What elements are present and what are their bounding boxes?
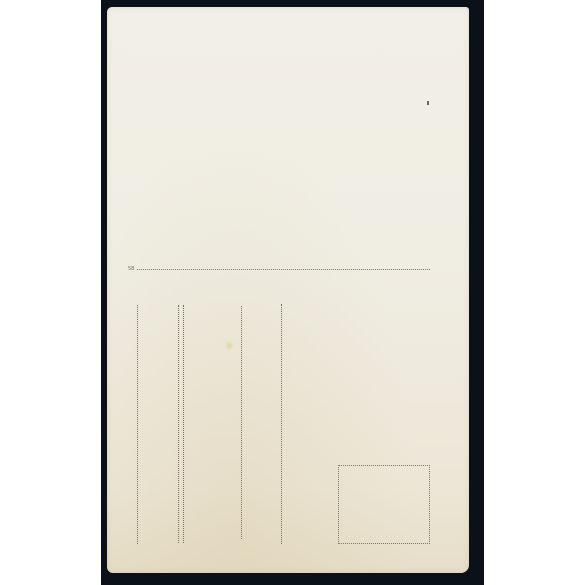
- stain-spot: [224, 341, 234, 350]
- horizontal-divider-line: [137, 269, 430, 270]
- address-line-2b: [183, 305, 184, 543]
- ink-speck: [427, 101, 429, 105]
- address-line-2a: [178, 305, 179, 543]
- stamp-box: [338, 465, 430, 544]
- postcard-back: 58: [107, 7, 469, 573]
- address-line-1: [137, 305, 138, 544]
- divider-number-label: 58: [128, 266, 134, 272]
- address-line-4: [281, 304, 282, 544]
- address-line-3: [241, 306, 242, 539]
